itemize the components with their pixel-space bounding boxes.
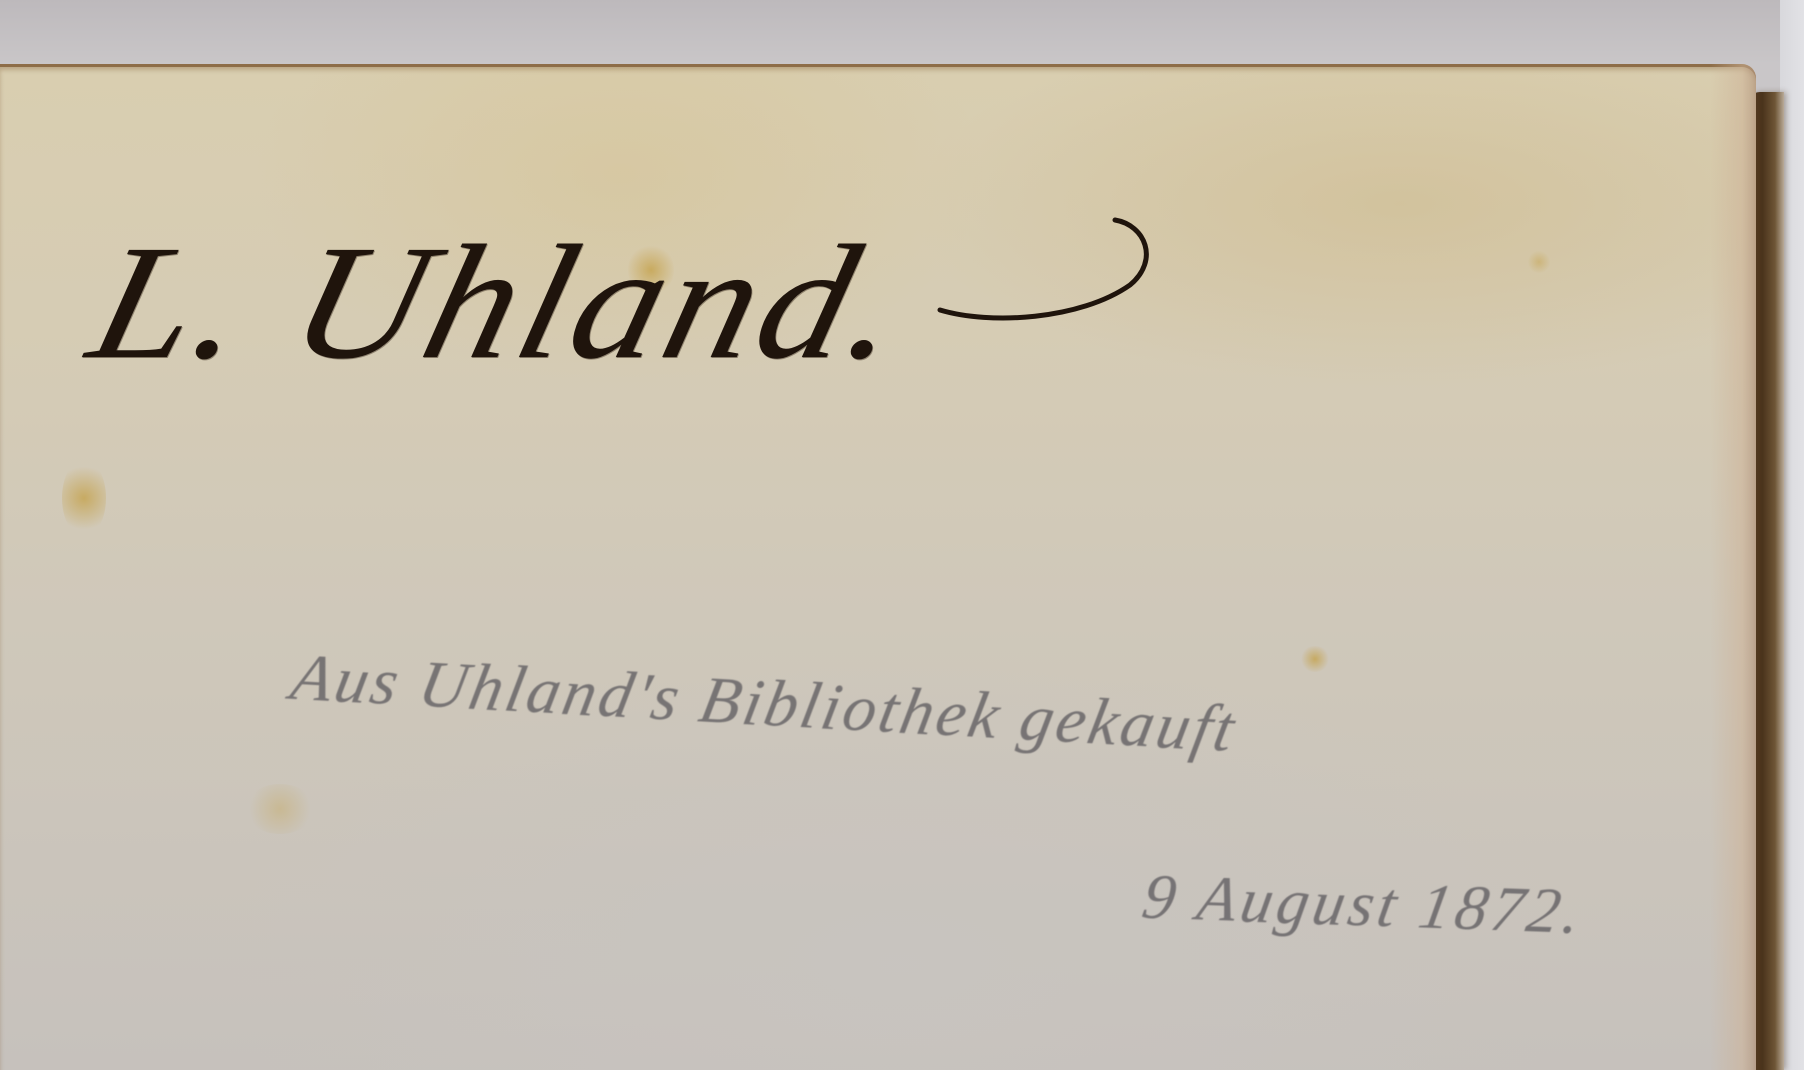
signature-flourish-icon <box>930 215 1160 335</box>
photo-scene: L. Uhland. Aus Uhland's Bibliothek gekau… <box>0 0 1804 1070</box>
foxing-stain <box>245 784 315 834</box>
foxing-stain <box>1528 250 1550 274</box>
foxing-stain <box>62 459 106 537</box>
pencil-note-date: 9 August 1872. <box>1137 860 1590 949</box>
foxing-stain <box>1300 646 1330 672</box>
ink-signature: L. Uhland. <box>77 220 924 384</box>
